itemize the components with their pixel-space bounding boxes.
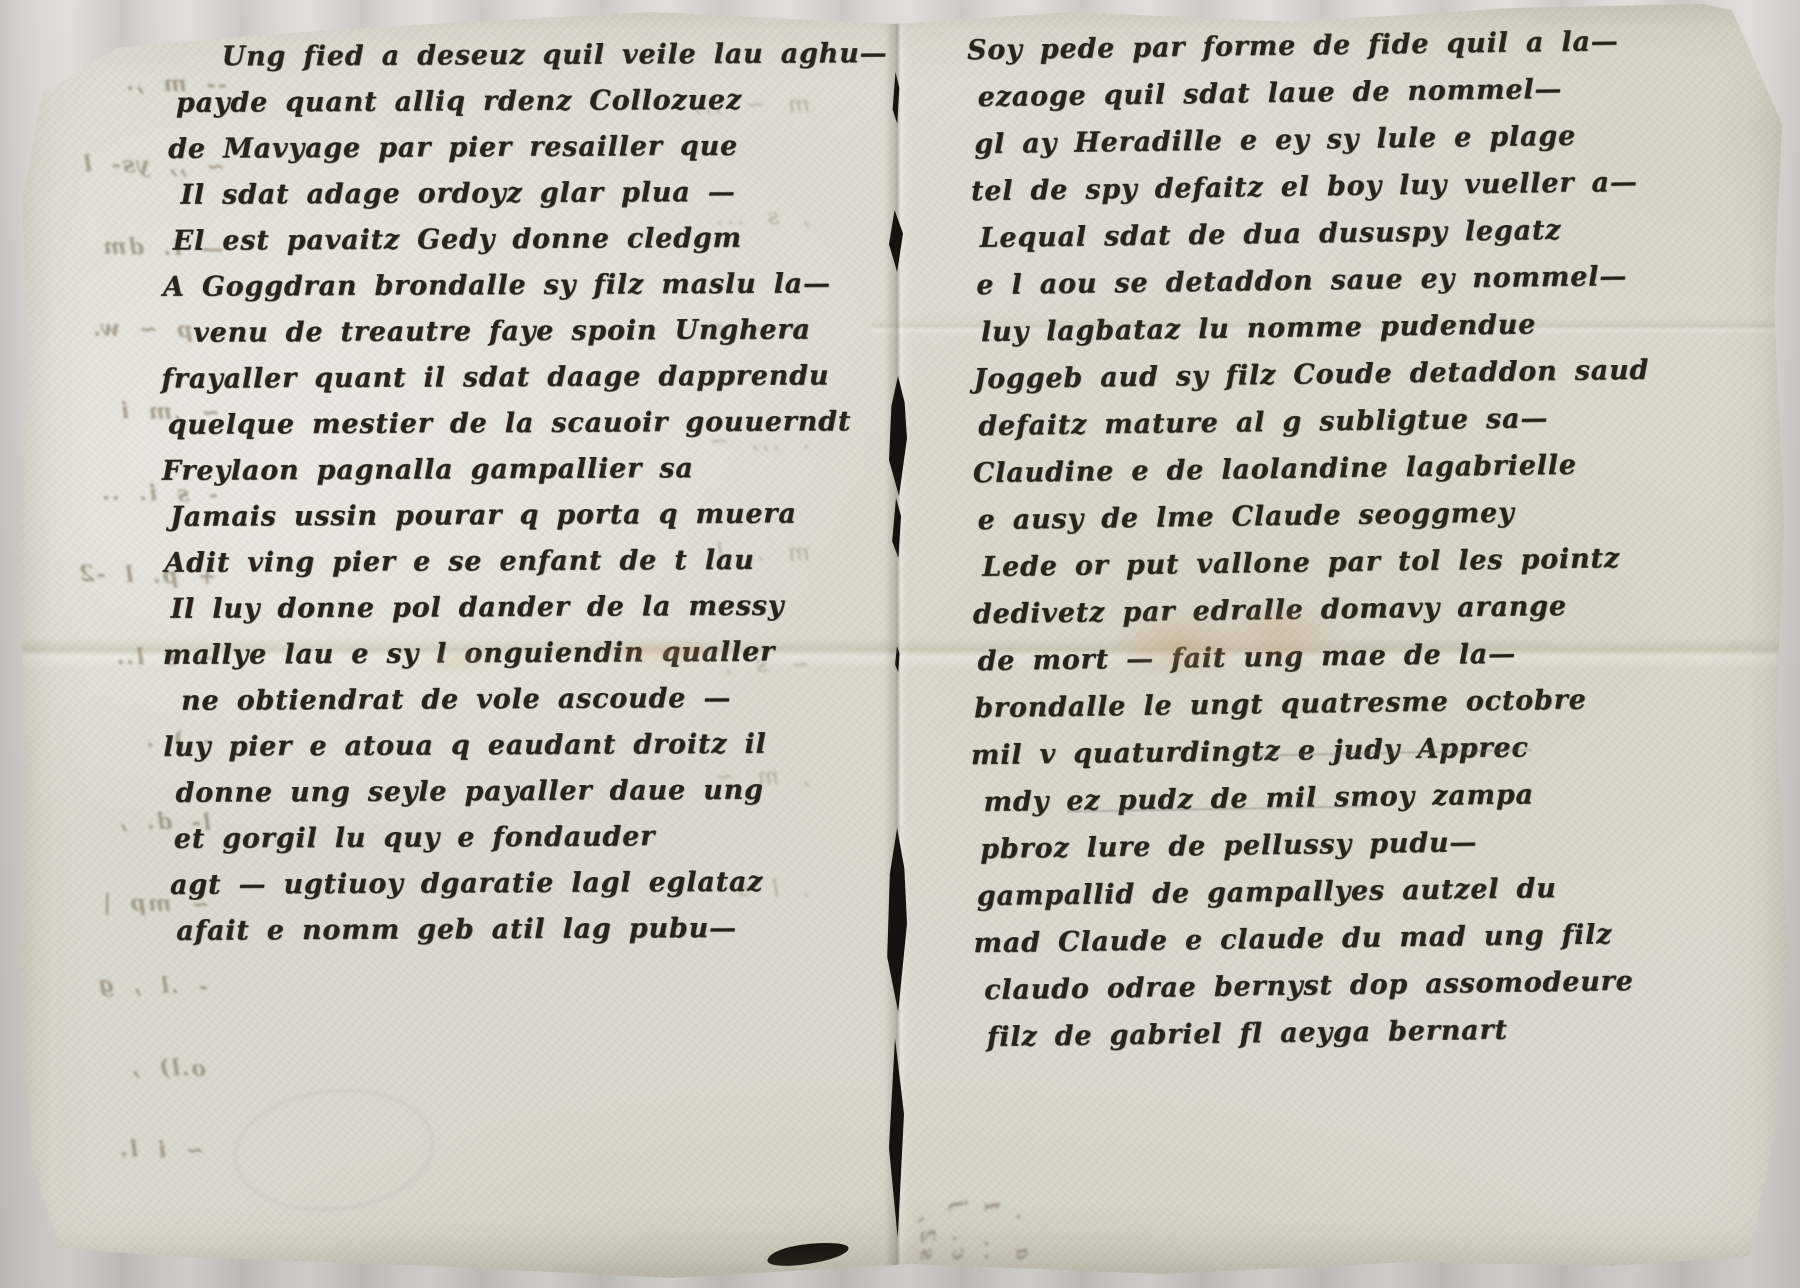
manuscript-sheet: -- m ,.~ ,, ys- l— i. dm- p ~ w.~ ,m i- … <box>12 4 1792 1280</box>
paper-edge-shading <box>12 4 1792 1280</box>
